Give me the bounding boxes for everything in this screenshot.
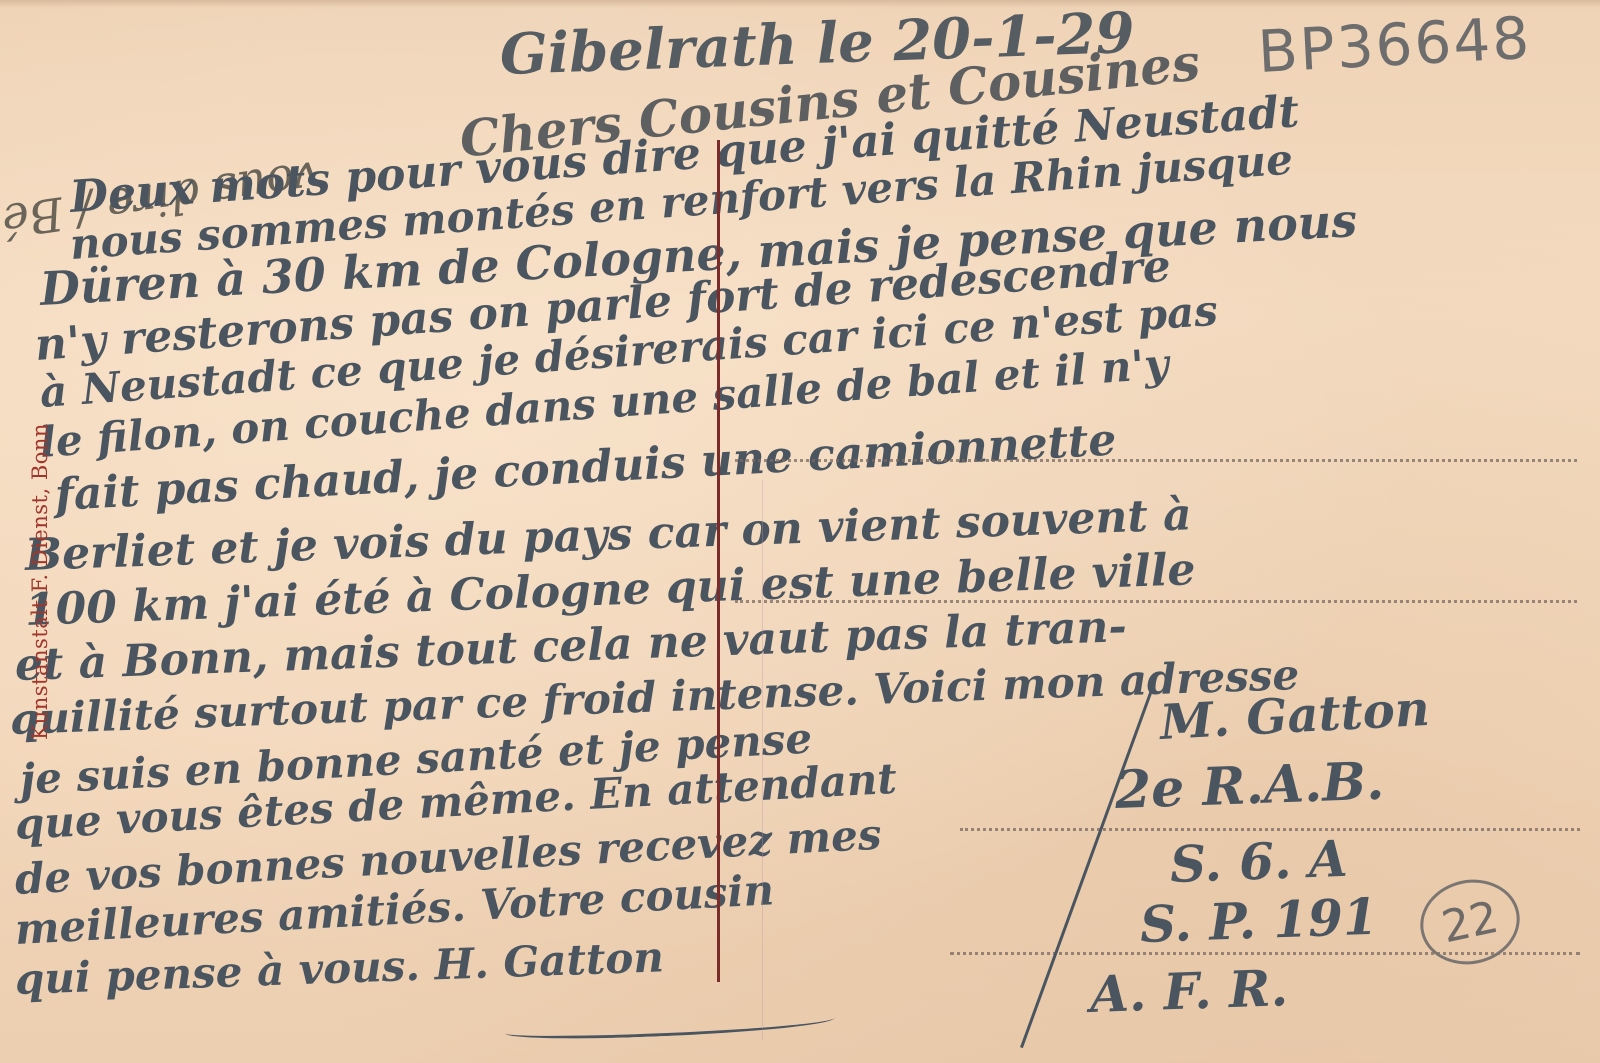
archive-number: BP36648 xyxy=(1256,4,1532,86)
postcard-back: BP36648 vous dire / Bénie Gibelrath le 2… xyxy=(0,0,1600,1063)
address-regiment: 2e R.A.B. xyxy=(1114,751,1385,821)
faint-guide-line xyxy=(762,480,763,1040)
address-section: S. 6. A xyxy=(1169,829,1348,894)
address-army: A. F. R. xyxy=(1089,958,1289,1024)
address-line-1 xyxy=(735,459,1577,462)
publisher-imprint: Kunstanstalt F. Dienst, Bonn xyxy=(28,423,52,740)
vertical-divider xyxy=(717,140,720,982)
address-postal-sector: S. P. 191 xyxy=(1139,887,1379,954)
signature-underline xyxy=(505,1009,836,1042)
circled-number-text: 22 xyxy=(1437,891,1502,953)
card-top-edge xyxy=(0,0,1600,8)
address-line-2 xyxy=(735,600,1577,603)
circled-number: 22 xyxy=(1412,871,1527,974)
